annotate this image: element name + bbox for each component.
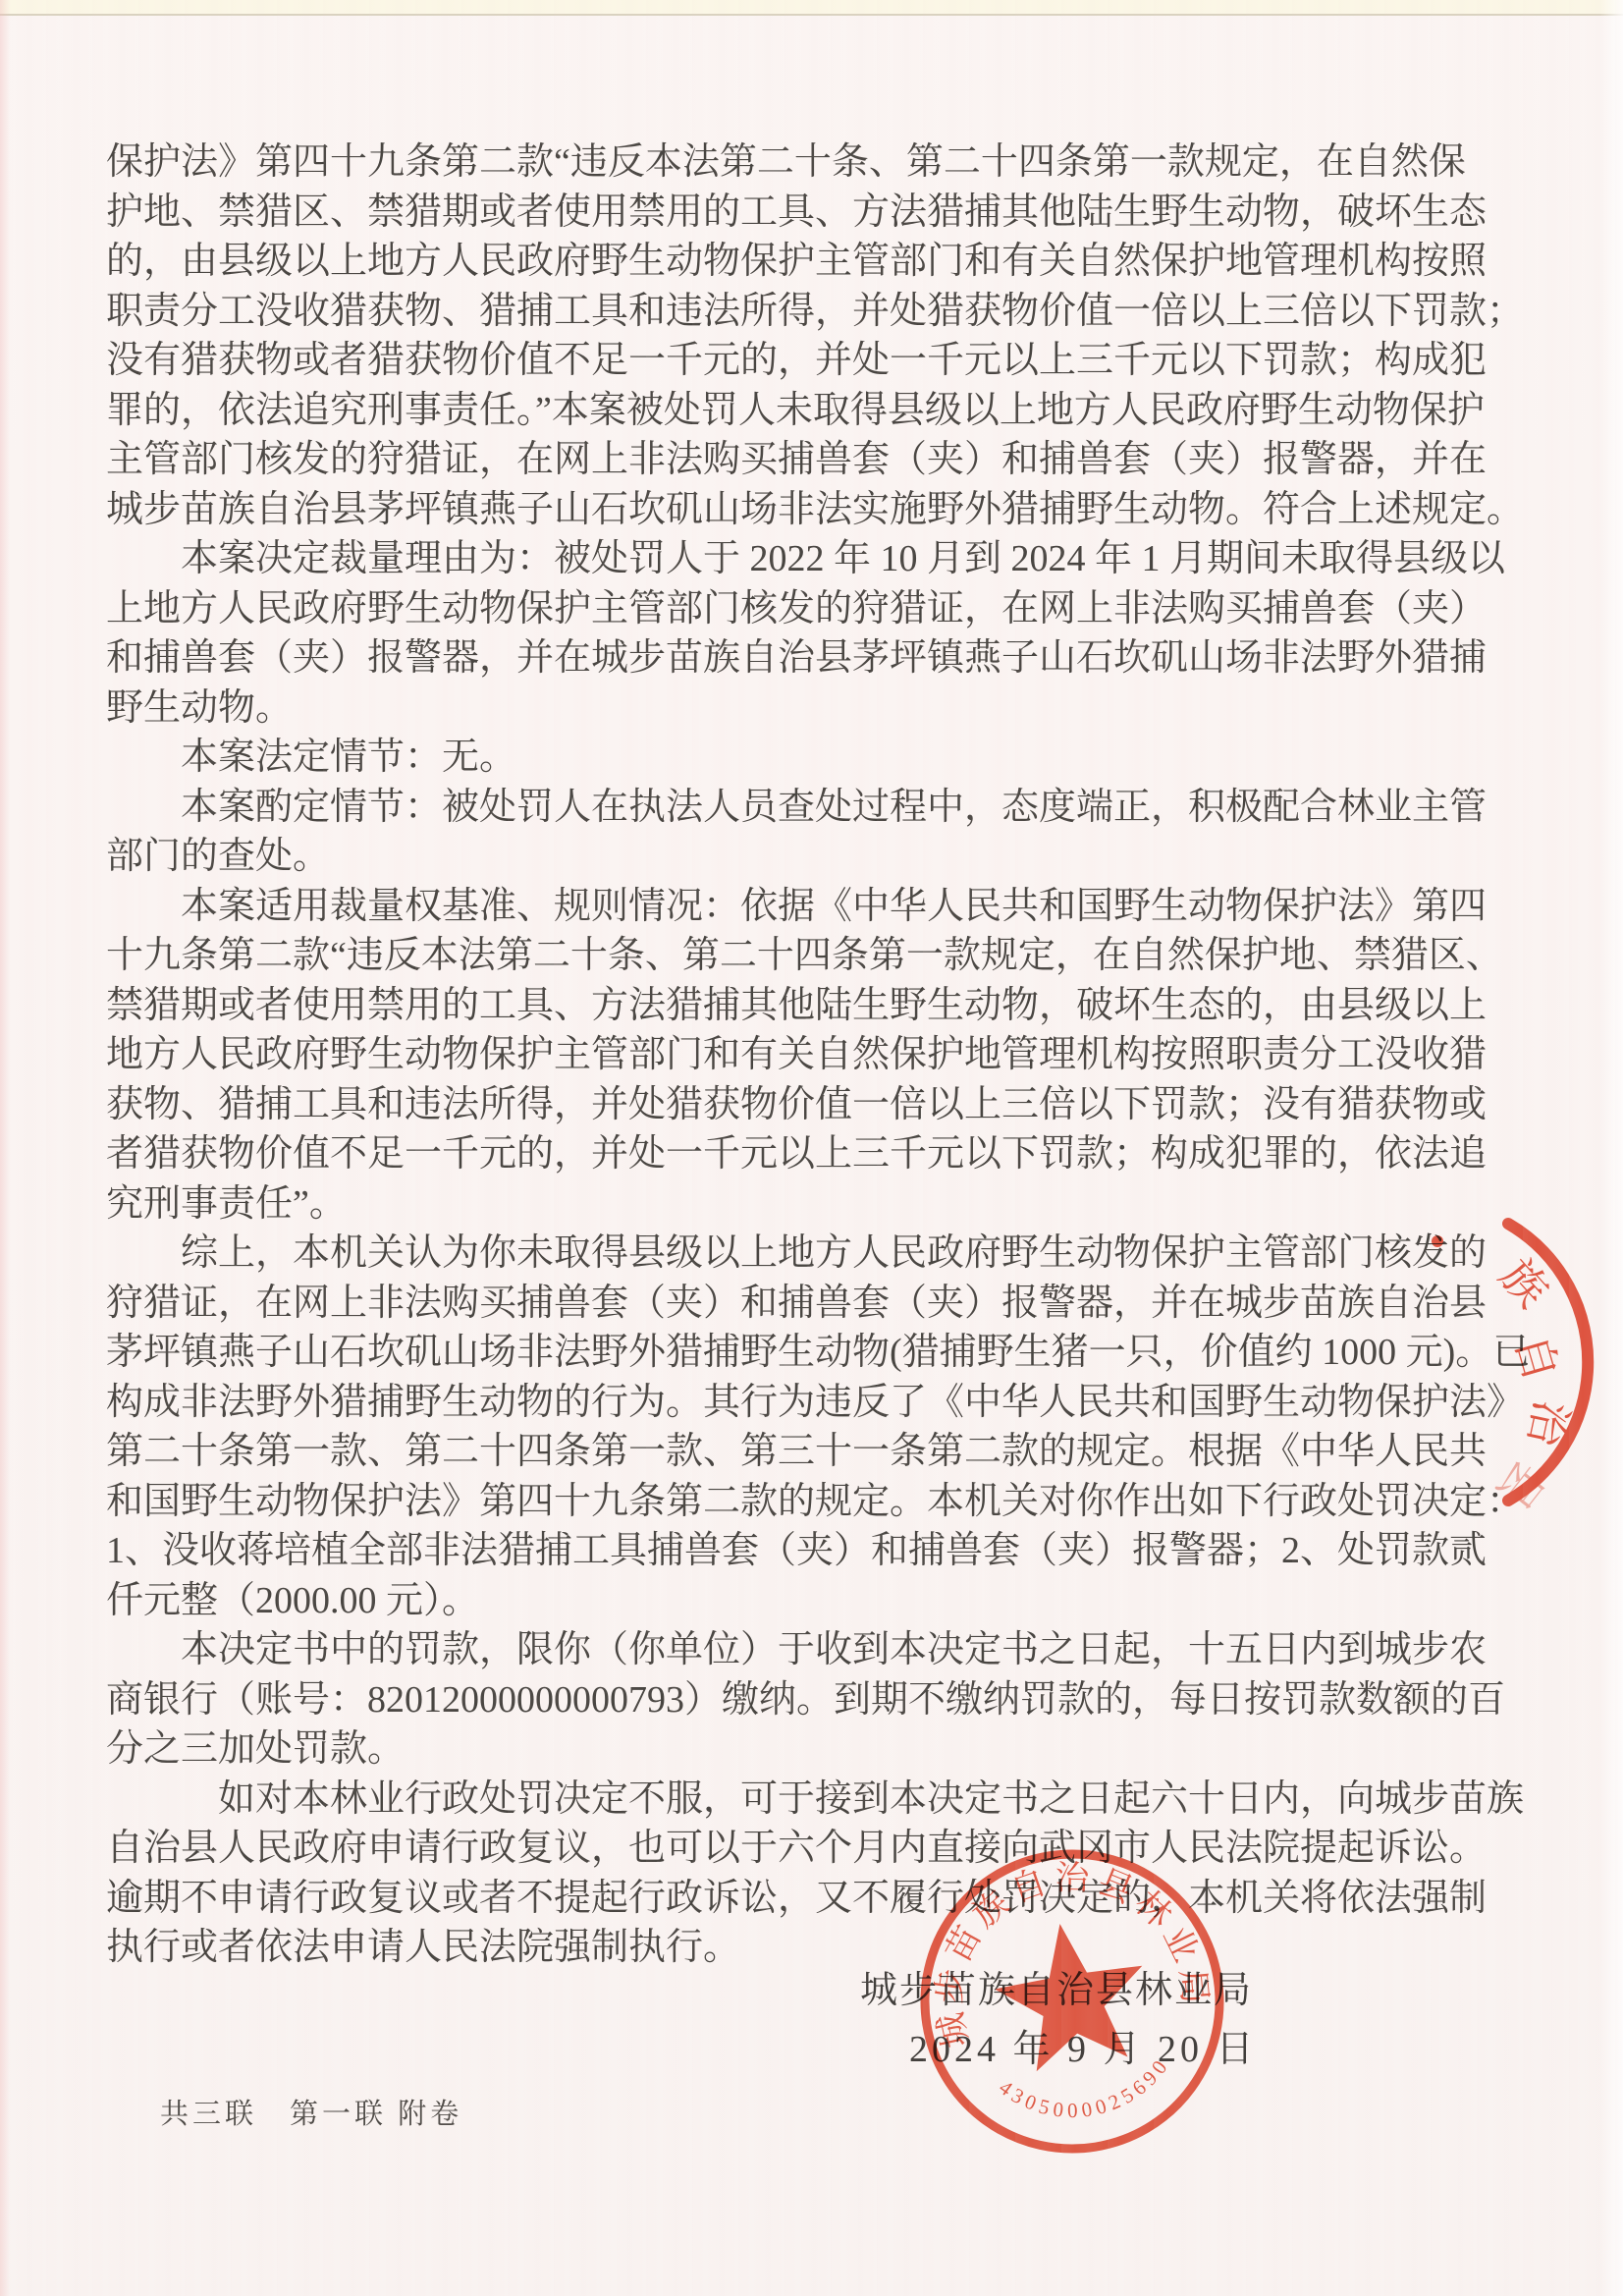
- text-line: 和捕兽套（夹）报警器，并在城步苗族自治县茅坪镇燕子山石坎矶山场非法野外猎捕: [106, 633, 1540, 683]
- scan-right-edge: [1599, 0, 1623, 2296]
- text-line: 十九条第二款“违反本法第二十条、第二十四条第一款规定，在自然保护地、禁猎区、: [106, 931, 1540, 981]
- scan-left-artifact: [0, 0, 10, 2296]
- text-line: 的，由县级以上地方人民政府野生动物保护主管部门和有关自然保护地管理机构按照: [106, 237, 1540, 287]
- text-line: 本案适用裁量权基准、规则情况：依据《中华人民共和国野生动物保护法》第四: [106, 882, 1540, 932]
- text-line: 本案法定情节：无。: [106, 733, 1540, 783]
- text-line: 究刑事责任”。: [106, 1179, 1540, 1230]
- text-line: 狩猎证，在网上非法购买捕兽套（夹）和捕兽套（夹）报警器，并在城步苗族自治县: [106, 1279, 1540, 1329]
- text-line: 1、没收蒋培植全部非法猎捕工具捕兽套（夹）和捕兽套（夹）报警器；2、处罚款贰: [106, 1526, 1540, 1576]
- text-line: 自治县人民政府申请行政复议，也可以于六个月内直接向武冈市人民法院提起诉讼。: [106, 1824, 1540, 1874]
- edge-seal-char: 自: [1506, 1330, 1567, 1387]
- document-body: 保护法》第四十九条第二款“违反本法第二十条、第二十四条第一款规定，在自然保护地、…: [106, 137, 1540, 1973]
- text-line: 逾期不申请行政复议或者不提起行政诉讼，又不履行处罚决定的，本机关将依法强制: [106, 1874, 1540, 1924]
- text-line: 综上，本机关认为你未取得县级以上地方人民政府野生动物保护主管部门核发的: [106, 1229, 1540, 1279]
- text-line: 茅坪镇燕子山石坎矶山场非法野外猎捕野生动物(猎捕野生猪一只，价值约 1000 元…: [106, 1328, 1540, 1378]
- text-line: 本案酌定情节：被处罚人在执法人员查处过程中，态度端正，积极配合林业主管: [106, 783, 1540, 833]
- text-line: 护地、禁猎区、禁猎期或者使用禁用的工具、方法猎捕其他陆生野生动物，破坏生态: [106, 188, 1540, 238]
- text-line: 分之三加处罚款。: [106, 1724, 1540, 1775]
- text-line: 执行或者依法申请人民法院强制执行。: [106, 1923, 1540, 1973]
- text-line: 职责分工没收猎获物、猎捕工具和违法所得，并处猎获物价值一倍以上三倍以下罚款；: [106, 287, 1540, 337]
- copy-note: 共三联 第一联 附卷: [160, 2092, 462, 2132]
- text-line: 商银行（账号：82012000000000793）缴纳。到期不缴纳罚款的，每日按…: [106, 1675, 1540, 1725]
- text-line: 上地方人民政府野生动物保护主管部门核发的狩猎证，在网上非法购买捕兽套（夹）: [106, 584, 1540, 634]
- edge-seal-char: 县: [1487, 1451, 1554, 1518]
- text-line: 第二十条第一款、第二十四条第一款、第三十一条第二款的规定。根据《中华人民共: [106, 1427, 1540, 1477]
- text-line: 和国野生动物保护法》第四十九条第二款的规定。本机关对你作出如下行政处罚决定：: [106, 1477, 1540, 1527]
- text-line: 野生动物。: [106, 683, 1540, 734]
- text-line: 仟元整（2000.00 元）。: [106, 1576, 1540, 1626]
- text-line: 地方人民政府野生动物保护主管部门和有关自然保护地管理机构按照职责分工没收猎: [106, 1030, 1540, 1080]
- text-line: 部门的查处。: [106, 832, 1540, 882]
- text-line: 城步苗族自治县茅坪镇燕子山石坎矶山场非法实施野外猎捕野生动物。符合上述规定。: [106, 485, 1540, 535]
- text-line: 罪的，依法追究刑事责任。”本案被处罚人未取得县级以上地方人民政府野生动物保护: [106, 386, 1540, 436]
- text-line: 者猎获物价值不足一千元的，并处一千元以上三千元以下罚款；构成犯罪的，依法追: [106, 1129, 1540, 1179]
- scanned-penalty-decision-page: 保护法》第四十九条第二款“违反本法第二十条、第二十四条第一款规定，在自然保护地、…: [0, 0, 1623, 2296]
- text-line: 本案决定裁量理由为：被处罚人于 2022 年 10 月到 2024 年 1 月期…: [106, 534, 1540, 584]
- edge-seal-char: 治: [1518, 1395, 1577, 1452]
- edge-partial-seal: 族 自 治 县: [1367, 1190, 1612, 1529]
- text-line: 构成非法野外猎捕野生动物的行为。其行为违反了《中华人民共和国野生动物保护法》: [106, 1378, 1540, 1428]
- text-line: 如对本林业行政处罚决定不服，可于接到本决定书之日起六十日内，向城步苗族: [106, 1775, 1540, 1825]
- text-line: 没有猎获物或者猎获物价值不足一千元的，并处一千元以上三千元以下罚款；构成犯: [106, 336, 1540, 386]
- official-seal: 城步苗族自治县林业局 4305000025690: [881, 1810, 1263, 2192]
- text-line: 获物、猎捕工具和违法所得，并处猎获物价值一倍以上三倍以下罚款；没有猎获物或: [106, 1080, 1540, 1130]
- scan-top-edge: [0, 0, 1623, 16]
- text-line: 本决定书中的罚款，限你（你单位）于收到本决定书之日起，十五日内到城步农: [106, 1625, 1540, 1675]
- text-line: 禁猎期或者使用禁用的工具、方法猎捕其他陆生野生动物，破坏生态的，由县级以上: [106, 981, 1540, 1031]
- seal-star-icon: [986, 1912, 1156, 2076]
- text-line: 保护法》第四十九条第二款“违反本法第二十条、第二十四条第一款规定，在自然保: [106, 137, 1540, 188]
- text-line: 主管部门核发的狩猎证，在网上非法购买捕兽套（夹）和捕兽套（夹）报警器，并在: [106, 435, 1540, 485]
